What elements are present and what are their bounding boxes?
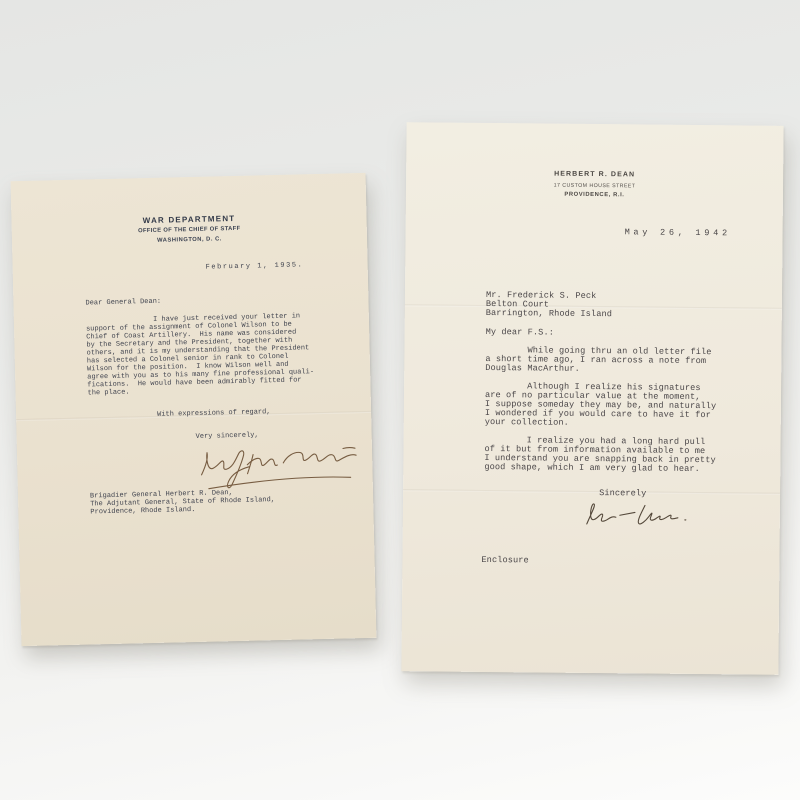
letter-paragraph-3: I realize you had a long hard pull of it… [484,436,716,474]
war-department-letter: WAR DEPARTMENT OFFICE OF THE CHIEF OF ST… [11,173,377,646]
letter-paragraph-2: Although I realize his signatures are of… [485,382,717,429]
signature-stroke [343,447,355,448]
signature-stroke [283,451,356,463]
letter-body: I have just received your letter in supp… [86,312,315,397]
fold-crease [403,489,780,495]
letter-date: February 1, 1935. [206,261,304,271]
signature-stroke [587,504,635,525]
valediction: Sincerely [599,489,646,498]
photo-of-two-letters: { "left_letter": { "letterhead_line1": "… [0,0,800,800]
valediction: Very sincerely, [196,431,259,440]
regards-line: With expressions of regard, [157,408,271,419]
salutation: My dear F.S.: [486,328,554,338]
salutation: Dear General Dean: [85,298,161,308]
signature-stroke [201,451,250,489]
letter-paragraph-1: While going thru an old letter file a sh… [485,346,711,375]
recipient-block: Mr. Frederick S. Peck Belton Court Barri… [486,291,612,319]
herbert-dean-letter: HERBERT R. DEAN 17 CUSTOM HOUSE STREET P… [401,122,783,675]
letterhead-city: PROVIDENCE, R.I. [406,190,783,200]
signature-macarthur [195,439,364,493]
letterhead-name: HERBERT R. DEAN [406,169,783,180]
letterhead-address: 17 CUSTOM HOUSE STREET [406,181,783,191]
signature-stroke [247,454,277,474]
signature-bert-dean [579,498,697,535]
signature-stroke [638,505,678,524]
recipient-block: Brigadier General Herbert R. Dean, The A… [90,488,275,516]
letter-date: May 26, 1942 [625,228,731,238]
enclosure-note: Enclosure [481,556,528,565]
